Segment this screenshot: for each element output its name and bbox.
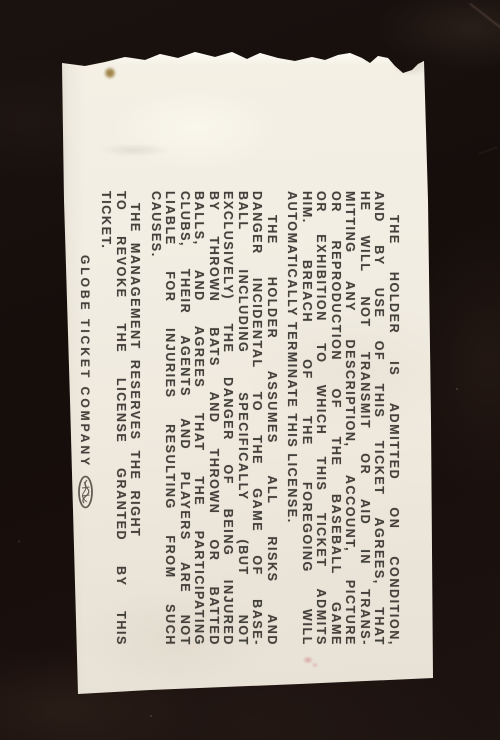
ticket-text-line: DANGER INCIDENTAL TO THE GAME OF BASE- <box>250 191 265 646</box>
ticket-text-line: HIM. BREACH OF THE FOREGOING WILL <box>300 191 315 646</box>
ticket-text-line: CLUBS, THEIR AGENTS AND PLAYERS ARE NOT <box>178 191 193 646</box>
ticket-text-line: AND BY USE OF THIS TICKET AGREES, THAT <box>372 191 387 646</box>
ticket-text-line: THE MANAGEMENT RESERVES THE RIGHT <box>128 191 143 646</box>
ticket-text-line: BALLS, AND AGREES THAT THE PARTICIPATING <box>192 191 207 646</box>
ticket-text-line: LIABLE FOR INJURIES RESULTING FROM SUCH <box>163 191 178 646</box>
ticket-text-line: OR REPRODUCTION OF THE BASEBALL GAME <box>329 191 344 646</box>
ticket-text-line: AUTOMATICALLY TERMINATE THIS LICENSE. <box>285 191 300 646</box>
ticket-back-text: THE HOLDER IS ADMITTED ON CONDITION,AND … <box>79 191 402 646</box>
ticket-text-line: THE HOLDER ASSUMES ALL RISKS AND <box>265 191 280 646</box>
ticket-text-line: MITTING ANY DESCRIPTION, ACCOUNT, PICTUR… <box>343 191 358 646</box>
ticket-text-line: TICKET. <box>99 191 114 646</box>
dust-speck <box>150 715 152 717</box>
dust-speck <box>456 388 458 390</box>
ticket-back: THE HOLDER IS ADMITTED ON CONDITION,AND … <box>55 38 440 700</box>
assumes-risks-paragraph: THE HOLDER ASSUMES ALL RISKS ANDDANGER I… <box>149 191 280 646</box>
ticket-text-line: CAUSES. <box>149 191 164 646</box>
company-name: GLOBE TICKET COMPANY <box>78 255 92 468</box>
ticket-text-line: OR EXHIBITION TO WHICH THIS TICKET ADMIT… <box>314 191 329 646</box>
dust-speck <box>18 540 20 543</box>
ticket-text-line: THE HOLDER IS ADMITTED ON CONDITION, <box>387 191 402 646</box>
ticket-text-line: HE WILL NOT TRANSMIT OR AID IN TRANS- <box>358 191 373 646</box>
globe-ticket-logo-icon <box>75 475 94 509</box>
ticket-text-line: EXCLUSIVELY) THE DANGER OF BEING INJURED <box>221 191 236 646</box>
holder-admitted-paragraph: THE HOLDER IS ADMITTED ON CONDITION,AND … <box>285 191 401 646</box>
ticket-text-line: TO REVOKE THE LICENSE GRANTED BY THIS <box>114 191 129 646</box>
management-reserves-paragraph: THE MANAGEMENT RESERVES THE RIGHTTO REVO… <box>99 191 143 646</box>
ticket-text-line: BY THROWN BATS AND THROWN OR BATTED <box>207 191 222 646</box>
company-row: GLOBE TICKET COMPANY <box>79 191 94 646</box>
ticket-text-line: BALL INCLUDING SPECIFICALLY (BUT NOT <box>236 191 251 646</box>
